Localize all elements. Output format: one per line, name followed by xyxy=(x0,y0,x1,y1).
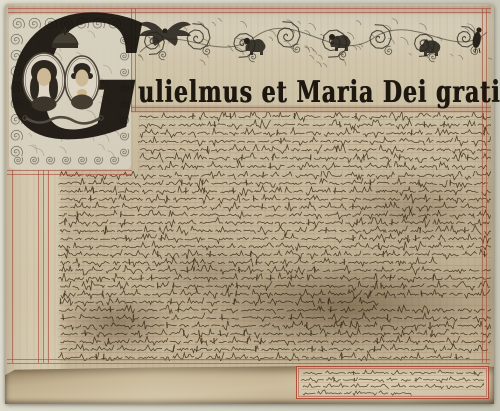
spiral-flourish xyxy=(457,27,475,47)
bodice xyxy=(71,95,93,110)
foliage-stroke xyxy=(318,55,323,60)
foliage-stroke xyxy=(352,46,356,50)
foliage-stroke xyxy=(218,19,221,22)
spiral-flourish xyxy=(370,25,391,49)
foliage-stroke xyxy=(212,22,216,26)
spiral-flourish-small xyxy=(385,46,392,54)
eagle-head xyxy=(162,28,167,33)
red-rule-horizontal xyxy=(7,359,490,360)
royal-portraits-group xyxy=(8,14,132,170)
foliage-stroke xyxy=(305,47,310,52)
foliage-stroke xyxy=(312,50,317,55)
foliage-stroke xyxy=(231,50,233,52)
foliage-stroke xyxy=(409,53,411,55)
foliage-stroke xyxy=(420,24,427,31)
foliage-stroke xyxy=(458,55,462,59)
royal-style-heading: ulielmus et Maria Dei gratia xyxy=(138,62,492,110)
foliage-stroke xyxy=(298,21,301,24)
script-accent-strokes xyxy=(193,113,491,169)
spiral-flourish-small xyxy=(159,52,166,60)
lion-figure xyxy=(244,38,266,55)
foliage-stroke xyxy=(244,44,246,46)
red-rule-vertical xyxy=(12,170,13,363)
red-rule-horizontal xyxy=(7,363,490,364)
foliage-stroke xyxy=(269,37,273,41)
body-text-upper-block xyxy=(138,112,491,170)
endorsement-text xyxy=(301,369,484,396)
bird-head xyxy=(476,27,481,32)
spiral-flourish xyxy=(187,24,210,50)
foliage-stroke xyxy=(356,21,361,26)
script-strokes xyxy=(58,171,491,361)
foliage-stroke xyxy=(309,23,316,30)
red-rule-vertical xyxy=(38,170,39,363)
foliage-stroke xyxy=(287,20,293,26)
ribbon-banner xyxy=(23,116,103,124)
red-rule-vertical xyxy=(43,170,44,363)
parchment-sheet: G ulielmus et Maria Dei gratia xyxy=(5,4,494,404)
illuminated-initial-block: G xyxy=(8,14,132,170)
foliage-stroke xyxy=(400,37,408,45)
ribbon-stroke xyxy=(26,117,100,123)
foliage-stroke xyxy=(310,47,314,51)
foliage-stroke xyxy=(392,19,397,24)
bird-body xyxy=(472,32,482,49)
lion-figure xyxy=(329,34,351,51)
foliage-stroke xyxy=(450,54,452,56)
lion-head xyxy=(329,34,335,40)
heading-text: ulielmus et Maria Dei gratia xyxy=(138,75,500,110)
face xyxy=(37,68,51,86)
crown-icon xyxy=(52,27,78,48)
foliage-stroke xyxy=(184,28,187,31)
lion-head xyxy=(244,38,250,44)
foliage-stroke xyxy=(357,46,360,49)
portrait-queen-mary xyxy=(65,56,99,110)
face xyxy=(76,70,89,87)
foliage-stroke xyxy=(284,41,292,49)
foliage-stroke xyxy=(310,56,314,60)
foliage-stroke xyxy=(270,31,276,37)
crown-band xyxy=(52,43,78,48)
body-text-main-block xyxy=(58,171,491,361)
spiral-flourish-small xyxy=(429,54,436,62)
torso xyxy=(32,97,57,112)
foliage-stroke xyxy=(240,21,246,27)
photograph-of-charter: G ulielmus et Maria Dei gratia xyxy=(0,0,500,411)
portrait-king-william xyxy=(23,53,65,112)
red-rule-vertical xyxy=(48,170,49,363)
endorsement-box xyxy=(296,366,489,399)
